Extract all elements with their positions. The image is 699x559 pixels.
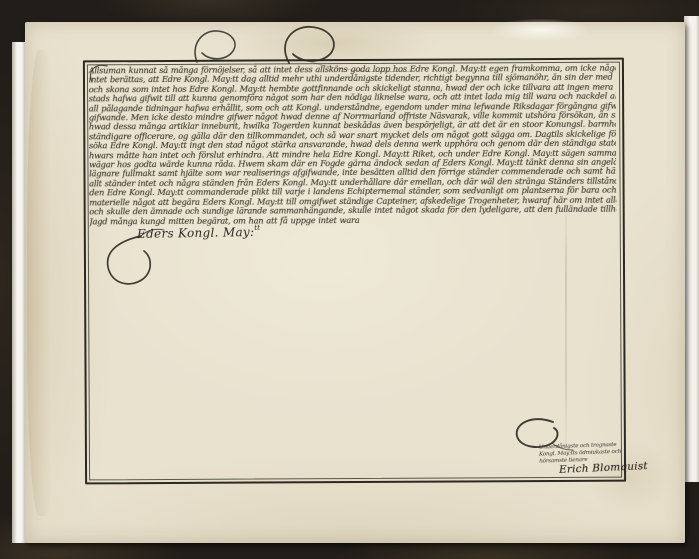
manuscript-paper: Allsuman kunnat så många förnöjelser, så… <box>25 22 685 543</box>
manuscript-text-block: Allsuman kunnat så många förnöjelser, så… <box>89 64 617 230</box>
paper-water-stain <box>27 50 57 516</box>
flourish-loop-left-icon <box>195 31 235 62</box>
salutation-text: Eders Kongl. May: <box>137 225 255 241</box>
page-edge-right <box>684 16 699 482</box>
page-edge-left <box>12 42 26 543</box>
salutation-line: Eders Kongl. May:tt <box>137 224 260 241</box>
signature: Erich Blomquist <box>559 460 648 476</box>
photographed-manuscript: Allsuman kunnat så många förnöjelser, så… <box>0 0 699 559</box>
manuscript-line: Jagd många kungd mitten begärat, om han … <box>89 214 616 226</box>
paper-torn-patch <box>493 19 588 41</box>
salutation-superscript: tt <box>254 224 260 232</box>
flourish-loop-right-icon <box>285 27 334 63</box>
